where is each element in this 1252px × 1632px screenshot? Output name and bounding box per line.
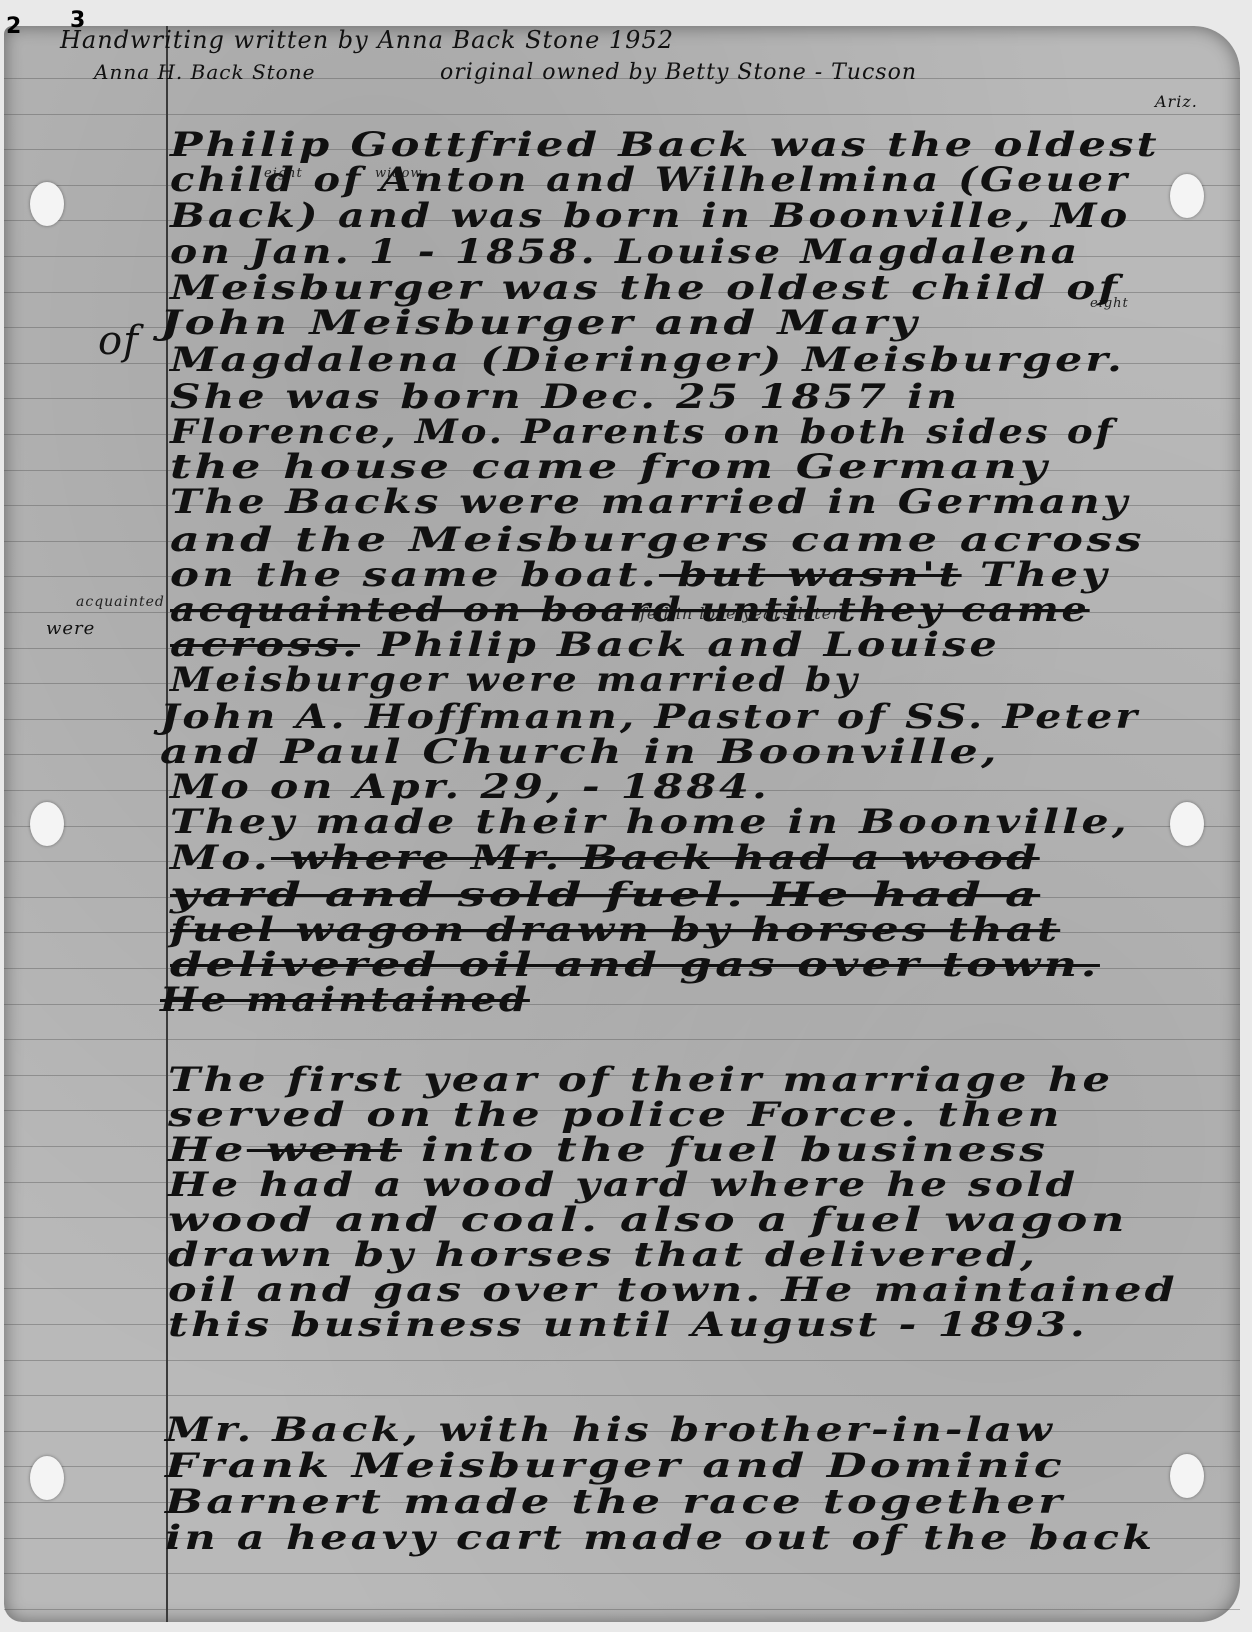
punch-hole xyxy=(30,1456,64,1500)
margin-note-were: were xyxy=(46,618,95,639)
handwritten-line: the house came from Germany xyxy=(170,447,1050,487)
handwritten-line: The first year of their marriage he xyxy=(168,1060,1113,1100)
ruled-line xyxy=(4,1039,1240,1040)
header-line-1: Handwriting written by Anna Back Stone 1… xyxy=(60,26,674,54)
handwritten-line: wood and coal. also a fuel wagon xyxy=(168,1200,1128,1240)
line-text: The Backs were married in Germany xyxy=(170,482,1130,522)
header-state: Ariz. xyxy=(1155,92,1198,111)
punch-hole xyxy=(1170,174,1204,218)
line-text: Mr. Back, with his brother-in-law xyxy=(165,1410,1055,1450)
page-mark: 2 xyxy=(6,14,21,39)
line-text: wood and coal. also a fuel wagon xyxy=(168,1200,1128,1240)
ruled-line xyxy=(4,1360,1240,1361)
handwritten-line: The Backs were married in Germany xyxy=(170,482,1130,522)
handwritten-line: They made their home in Boonville, xyxy=(170,802,1130,842)
handwritten-line: John A. Hoffmann, Pastor of SS. Peter xyxy=(160,697,1140,737)
handwritten-line: John Meisburger and Mary xyxy=(160,303,920,343)
handwritten-line: yard and sold fuel. He had a xyxy=(170,875,1040,915)
line-text: She was born Dec. 25 1857 in xyxy=(170,377,960,417)
header-note: original owned by Betty Stone - Tucson xyxy=(440,60,917,85)
handwritten-line: Barnert made the race together xyxy=(165,1482,1065,1522)
line-text: Barnert made the race together xyxy=(165,1482,1065,1522)
handwritten-line: Meisburger were married by xyxy=(170,660,860,700)
handwritten-line: drawn by horses that delivered, xyxy=(168,1235,1038,1275)
line-text: Florence, Mo. Parents on both sides of xyxy=(170,412,1115,452)
handwritten-line: on the same boat. but wasn't They xyxy=(170,555,1110,595)
line-text: Meisburger was the oldest child of xyxy=(170,268,1120,308)
handwritten-line: oil and gas over town. He maintained xyxy=(168,1270,1178,1310)
punch-hole xyxy=(30,182,64,226)
line-text: on Jan. 1 - 1858. Louise Magdalena xyxy=(170,232,1080,272)
line-text: Magdalena (Dieringer) Meisburger. xyxy=(170,340,1125,380)
line-text: Philip Back and Louise xyxy=(360,625,1000,665)
punch-hole xyxy=(1170,1454,1204,1498)
struck-text: but wasn't xyxy=(659,555,962,595)
handwritten-line: and the Meisburgers came across xyxy=(170,520,1145,560)
handwritten-line: on Jan. 1 - 1858. Louise Magdalena xyxy=(170,232,1080,272)
line-text: this business until August - 1893. xyxy=(168,1305,1088,1345)
handwritten-line: acquainted on board until they came xyxy=(170,590,1090,630)
line-text: The first year of their marriage he xyxy=(168,1060,1113,1100)
handwritten-line: He maintained xyxy=(160,980,530,1020)
ruled-line xyxy=(4,114,1240,115)
margin-note-acquainted: acquainted xyxy=(76,594,165,610)
line-text: They xyxy=(962,555,1110,595)
line-text: on the same boat. xyxy=(170,555,659,595)
handwritten-line: He had a wood yard where he sold xyxy=(168,1165,1078,1205)
handwritten-line: and Paul Church in Boonville, xyxy=(160,732,1000,772)
handwritten-line: this business until August - 1893. xyxy=(168,1305,1088,1345)
line-text: child of Anton and Wilhelmina (Geuer xyxy=(170,160,1130,200)
line-text: He xyxy=(168,1130,247,1170)
handwritten-line: child of Anton and Wilhelmina (Geuer xyxy=(170,160,1130,200)
handwritten-line: He went into the fuel business xyxy=(168,1130,1048,1170)
struck-text: yard and sold fuel. He had a xyxy=(170,875,1040,915)
line-text: He had a wood yard where he sold xyxy=(168,1165,1078,1205)
handwritten-line: Back) and was born in Boonville, Mo xyxy=(170,196,1130,236)
handwritten-line: Meisburger was the oldest child of xyxy=(170,268,1120,308)
handwritten-line: Philip Gottfried Back was the oldest xyxy=(170,125,1160,165)
line-text: Mo. xyxy=(170,838,271,878)
handwritten-line: delivered oil and gas over town. xyxy=(170,945,1100,985)
struck-text: delivered oil and gas over town. xyxy=(170,945,1100,985)
line-text: They made their home in Boonville, xyxy=(170,802,1130,842)
handwritten-line: served on the police Force. then xyxy=(168,1095,1063,1135)
header-signature: Anna H. Back Stone xyxy=(94,60,315,84)
line-text: Meisburger were married by xyxy=(170,660,860,700)
handwritten-line: Magdalena (Dieringer) Meisburger. xyxy=(170,340,1125,380)
line-text: Frank Meisburger and Dominic xyxy=(165,1446,1065,1486)
handwritten-line: across. Philip Back and Louise xyxy=(170,625,1000,665)
line-text: served on the police Force. then xyxy=(168,1095,1063,1135)
handwritten-line: in a heavy cart made out of the back xyxy=(165,1518,1155,1558)
ruled-line xyxy=(4,1573,1240,1574)
struck-text: where Mr. Back had a wood xyxy=(271,838,1040,878)
handwritten-line: Florence, Mo. Parents on both sides of xyxy=(170,412,1115,452)
handwritten-line: fuel wagon drawn by horses that xyxy=(170,910,1060,950)
ruled-line xyxy=(4,1395,1240,1396)
line-text: in a heavy cart made out of the back xyxy=(165,1518,1155,1558)
handwritten-line: Frank Meisburger and Dominic xyxy=(165,1446,1065,1486)
struck-text: He maintained xyxy=(160,980,530,1020)
punch-hole xyxy=(30,802,64,846)
ruled-line xyxy=(4,1609,1240,1610)
line-text: and Paul Church in Boonville, xyxy=(160,732,1000,772)
line-text: John A. Hoffmann, Pastor of SS. Peter xyxy=(160,697,1140,737)
line-text: drawn by horses that delivered, xyxy=(168,1235,1038,1275)
punch-hole xyxy=(1170,802,1204,846)
margin-note-of: of xyxy=(98,318,139,364)
line-text: Mo on Apr. 29, - 1884. xyxy=(170,767,770,807)
line-text: oil and gas over town. He maintained xyxy=(168,1270,1178,1310)
struck-text: went xyxy=(247,1130,402,1170)
struck-text: across. xyxy=(170,625,360,665)
handwritten-line: Mo on Apr. 29, - 1884. xyxy=(170,767,770,807)
line-text: and the Meisburgers came across xyxy=(170,520,1145,560)
line-text: John Meisburger and Mary xyxy=(160,303,920,343)
handwritten-line: She was born Dec. 25 1857 in xyxy=(170,377,960,417)
handwritten-line: Mo. where Mr. Back had a wood xyxy=(170,838,1040,878)
line-text: Philip Gottfried Back was the oldest xyxy=(170,125,1160,165)
struck-text: acquainted on board until they came xyxy=(170,590,1090,630)
line-text: into the fuel business xyxy=(402,1130,1048,1170)
struck-text: fuel wagon drawn by horses that xyxy=(170,910,1060,950)
line-text: Back) and was born in Boonville, Mo xyxy=(170,196,1130,236)
handwritten-line: Mr. Back, with his brother-in-law xyxy=(165,1410,1055,1450)
margin-line xyxy=(166,26,168,1622)
line-text: the house came from Germany xyxy=(170,447,1050,487)
